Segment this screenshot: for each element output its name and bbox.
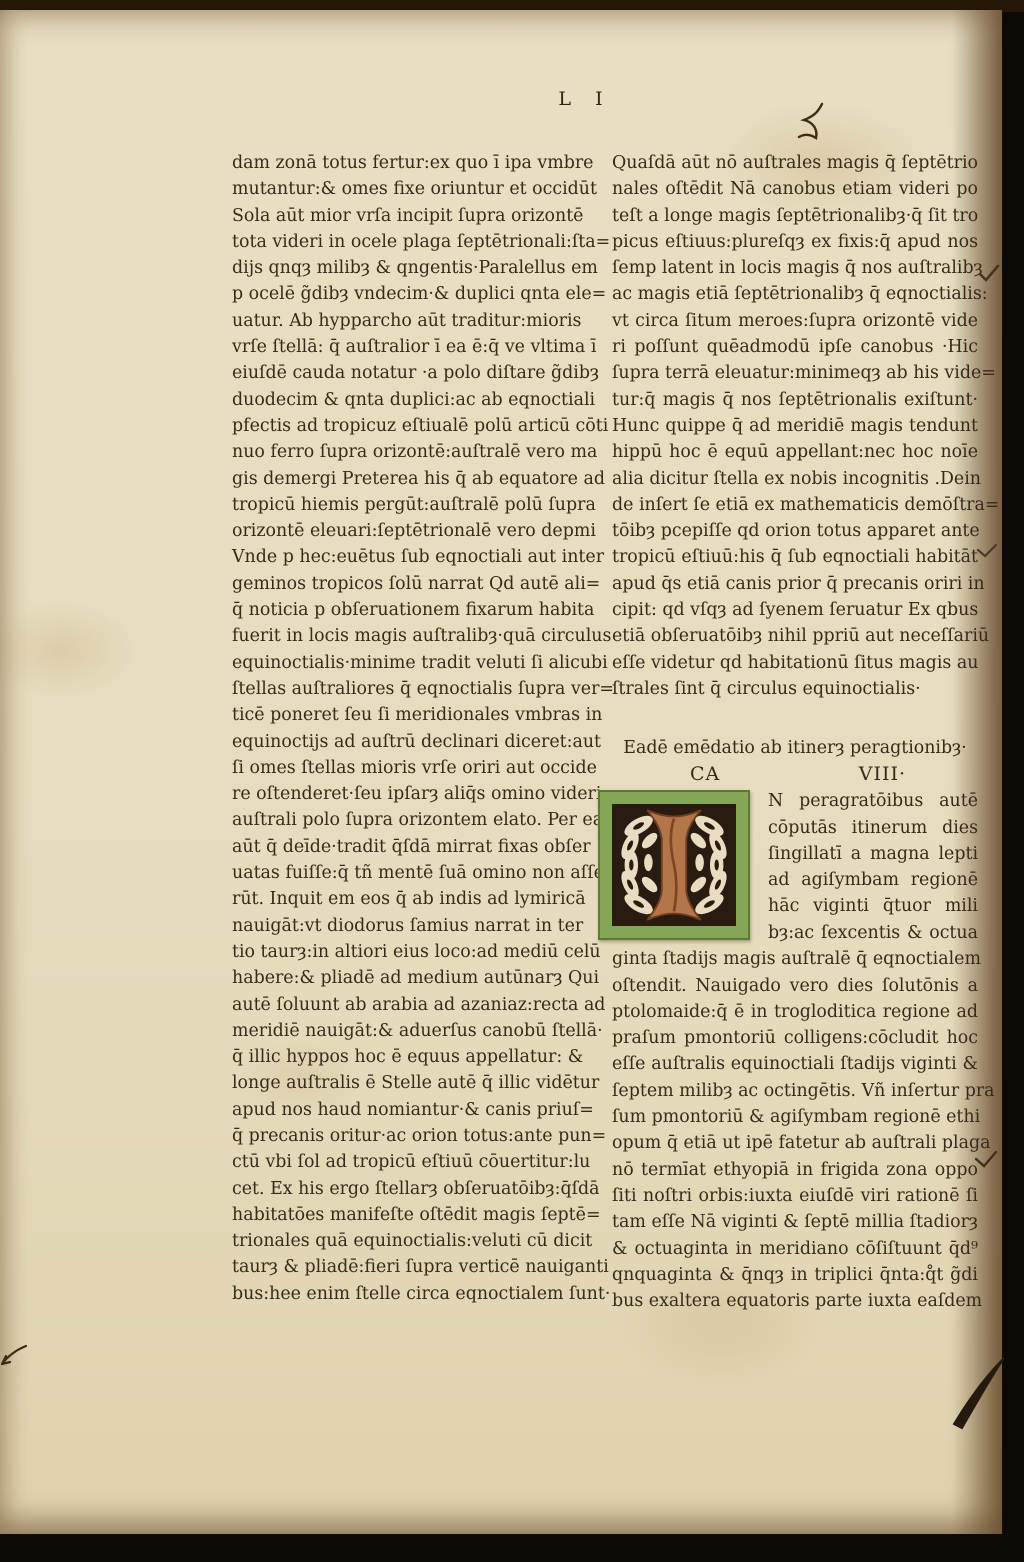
text-line: alia dicitur ſtella ex nobis incognitis … — [612, 466, 978, 492]
text-line: nō termīat ethyopiā in frigida zona oppo — [612, 1157, 978, 1183]
text-line: bȝ:ac ſexcentis & octua — [768, 920, 978, 946]
text-line: tio taurȝ:in altiori eius loco:ad mediū … — [232, 939, 578, 965]
text-line: fuerit in locis magis auſtralibȝ·quā cir… — [232, 623, 578, 649]
text-line: de inſert ſe etiā ex mathematicis demōſt… — [612, 492, 978, 518]
text-line: apud nos haud nomiantur·& canis priuſ= — [232, 1097, 578, 1123]
text-line: Quaſdā aūt nō auſtrales magis q̄ ſeptētr… — [612, 150, 978, 176]
text-line: tam eſſe Nā viginti & ſeptē millia ſtadi… — [612, 1209, 978, 1235]
text-line: Hunc quippe q̄ ad meridiē magis tendunt — [612, 413, 978, 439]
text-line: q̄ precanis oritur·ac orion totus:ante p… — [232, 1123, 578, 1149]
chapter-number: VIII· — [859, 761, 906, 788]
pen-squiggle-icon — [796, 102, 832, 142]
text-line: picus eſtiuus:plureſqȝ ex fixis:q̄ apud … — [612, 229, 978, 255]
text-line: mutantur:& omes fixe oriuntur et occidūt — [232, 176, 578, 202]
text-line: dam zonā totus fertur:ex quo ī ipa vmbre — [232, 150, 578, 176]
text-line: eiuſdē cauda notatur ·a polo diſtare g̃d… — [232, 360, 578, 386]
text-line: longe auſtralis ē Stelle autē q̄ illic v… — [232, 1070, 578, 1096]
text-line: oſtendit. Nauigado vero dies ſolutōnis a — [612, 973, 978, 999]
text-line: bus:hee enim ſtelle circa eqnoctialem ſu… — [232, 1281, 578, 1307]
text-line: praſum pmontoriū colligens:cōcludit hoc — [612, 1025, 978, 1051]
text-line: ſingillatī a magna lepti — [768, 841, 978, 867]
text-line: tropicū eſtiuū:his q̄ ſub eqnoctiali hab… — [612, 544, 978, 570]
text-line: vrſe ſtellā: q̄ auſtralior ī ea ē:q̄ ve … — [232, 334, 578, 360]
text-line: duodecim & qnta duplici:ac ab eqnoctiali — [232, 387, 578, 413]
text-line: ac magis etiā ſeptētrionalibȝ q̄ eqnocti… — [612, 281, 978, 307]
text-line: hippū hoc ē equū appellant:nec hoc noīe — [612, 439, 978, 465]
text-line: ſtellas auſtraliores q̄ eqnoctialis ſupr… — [232, 676, 578, 702]
left-text-column: dam zonā totus fertur:ex quo ī ipa vmbre… — [232, 150, 578, 1307]
text-line: geminos tropicos ſolū narrat Qd autē ali… — [232, 571, 578, 597]
text-line: eſſe videtur qd habitationū ſitus magis … — [612, 650, 978, 676]
woodcut-initial-I — [598, 790, 750, 940]
text-line: bus exaltera equatoris parte iuxta eaſde… — [612, 1288, 978, 1314]
text-line: Vnde p hec:euētus ſub eqnoctiali aut int… — [232, 544, 578, 570]
text-line: equinoctijs ad auſtrū declinari diceret:… — [232, 729, 578, 755]
pen-flourish-icon — [948, 1352, 1012, 1432]
text-line: ad agiſymbam regionē — [768, 867, 978, 893]
text-line: q̄ noticia p obſeruationem fixarum habit… — [232, 597, 578, 623]
text-line: etiā obſeruatōibȝ nihil ppriū aut neceſſ… — [612, 623, 978, 649]
text-line: & octuaginta in meridiano cōſiſtuunt q̄d… — [612, 1236, 978, 1262]
text-line: re oſtenderet·ſeu ipſarȝ aliq̄s omino vi… — [232, 781, 578, 807]
text-line: apud q̄s etiā canis prior q̄ precanis or… — [612, 571, 978, 597]
chapter-label: CA — [690, 761, 720, 788]
pen-corner-stroke-icon — [0, 1342, 28, 1368]
text-line: tur:q̄ magis q̄ nos ſeptētrionalis exiſt… — [612, 387, 978, 413]
section-heading: Eadē emēdatio ab itinerȝ peragtionibȝ· — [612, 735, 978, 761]
text-line: nales oſtēdit Nā canobus etiam videri po — [612, 176, 978, 202]
text-line: opum q̄ etiā ut ipē fatetur ab auſtrali … — [612, 1130, 978, 1156]
text-line: hāc viginti q̄tuor mili — [768, 893, 978, 919]
right-paragraph-1: Quaſdā aūt nō auſtrales magis q̄ ſeptētr… — [612, 150, 978, 702]
text-line: taurȝ & pliadē:fieri ſupra verticē nauig… — [232, 1254, 578, 1280]
text-line: cipit: qd vſqȝ ad ſyenem ſeruatur Ex qbu… — [612, 597, 978, 623]
text-line: ſupra terrā eleuatur:minimeqȝ ab his vid… — [612, 360, 978, 386]
scanned-book-photo: L I dam zonā totus fertur:ex quo ī ipa v… — [0, 0, 1024, 1562]
text-line: aūt q̄ deīde·tradit q̄ſdā mirrat fixas o… — [232, 834, 578, 860]
text-line: N peragratōibus autē — [768, 788, 978, 814]
parchment-page: L I dam zonā totus fertur:ex quo ī ipa v… — [0, 10, 1002, 1534]
initial-adjacent-lines: N peragratōibus autēcōputās itinerum die… — [768, 788, 978, 946]
text-line: habitatōes manifeſte oſtēdit magis ſeptē… — [232, 1202, 578, 1228]
text-line: qnquaginta & q̄nqȝ in triplici q̄nta:q̊t… — [612, 1262, 978, 1288]
text-line: trionales quā equinoctialis:veluti cū di… — [232, 1228, 578, 1254]
pen-tick-icon — [974, 1150, 998, 1170]
text-line: orizontē eleuari:ſeptētrionalē vero depm… — [232, 518, 578, 544]
text-line: ſi omes ſtellas mioris vrſe oriri aut oc… — [232, 755, 578, 781]
text-line: cet. Ex his ergo ſtellarȝ obſeruatōibȝ:q… — [232, 1176, 578, 1202]
text-line: ſeptem milibȝ ac octingētis. Vñ inſertur… — [612, 1078, 978, 1104]
text-line: autē ſoluunt ab arabia ad azaniaz:recta … — [232, 992, 578, 1018]
pen-tick-icon — [978, 264, 1000, 284]
chapter-row: CA VIII· — [612, 761, 978, 788]
text-line: ctū vbi ſol ad tropicū eſtiuū cōuertitur… — [232, 1149, 578, 1175]
text-line: equinoctialis·minime tradit veluti ſi al… — [232, 650, 578, 676]
text-line: nauigāt:vt diodorus ſamius narrat in ter — [232, 913, 578, 939]
text-line: teſt a longe magis ſeptētrionalibȝ·q̄ ſi… — [612, 203, 978, 229]
text-line: tota videri in ocele plaga ſeptētrionali… — [232, 229, 578, 255]
text-line: vt circa ſitum meroes:ſupra orizontē vid… — [612, 308, 978, 334]
text-line: ptolomaide:q̄ ē in trogloditica regione … — [612, 999, 978, 1025]
text-line: ticē poneret ſeu ſi meridionales vmbras … — [232, 702, 578, 728]
text-line: eſſe auſtralis equinoctiali ſtadijs vigi… — [612, 1051, 978, 1077]
text-line: gis demergi Preterea his q̄ ab equatore … — [232, 466, 578, 492]
initial-field — [612, 804, 736, 926]
decorated-initial-row: N peragratōibus autēcōputās itinerum die… — [612, 788, 978, 946]
text-line: pfectis ad tropicuz eſtiualē polū articū… — [232, 413, 578, 439]
text-line: nuo ferro ſupra orizontē:auſtralē vero m… — [232, 439, 578, 465]
text-line: rūt. Inquit em eos q̄ ab indis ad lymiri… — [232, 886, 578, 912]
text-line: dijs qnqȝ milibȝ & qngentis·Paralellus e… — [232, 255, 578, 281]
text-line: ſemp latent in locis magis q̄ nos auſtra… — [612, 255, 978, 281]
text-line: ſtrales ſint q̄ circulus equinoctialis· — [612, 676, 978, 702]
pen-tick-icon — [976, 542, 998, 560]
text-line: q̄ illic hyppos hoc ē equus appellatur: … — [232, 1044, 578, 1070]
text-line: ginta ſtadijs magis auſtralē q̄ eqnoctia… — [612, 946, 978, 972]
text-line: meridiē nauigāt:& aduerſus canobū ſtellā… — [232, 1018, 578, 1044]
right-text-column: Quaſdā aūt nō auſtrales magis q̄ ſeptētr… — [612, 150, 978, 1314]
folio-number: L I — [540, 88, 630, 110]
initial-foliage-art — [612, 804, 736, 926]
text-line: tōibȝ pcepiſſe qd orion totus apparet an… — [612, 518, 978, 544]
text-line: uatur. Ab hypparcho aūt traditur:mioris — [232, 308, 578, 334]
text-line: Sola aūt mior vrſa incipit ſupra orizont… — [232, 203, 578, 229]
text-line: ri poſſunt quēadmodū ipſe canobus ·Hic — [612, 334, 978, 360]
text-line: cōputās itinerum dies — [768, 815, 978, 841]
text-line: habere:& pliadē ad medium autūnarȝ Qui — [232, 965, 578, 991]
right-paragraph-2: ginta ſtadijs magis auſtralē q̄ eqnoctia… — [612, 946, 978, 1314]
text-line: tropicū hiemis pergūt:auſtralē polū ſupr… — [232, 492, 578, 518]
text-line: auſtrali polo ſupra orizontem elato. Per… — [232, 807, 578, 833]
text-line: p ocelē g̃dibȝ vndecim·& duplici qnta el… — [232, 281, 578, 307]
text-line: ſiti noſtri orbis:iuxta eiuſdē viri rati… — [612, 1183, 978, 1209]
text-line: uatas fuiſſe:q̄ tñ mentē ſuā omino non a… — [232, 860, 578, 886]
text-line: ſum pmontoriū & agiſymbam regionē ethi — [612, 1104, 978, 1130]
